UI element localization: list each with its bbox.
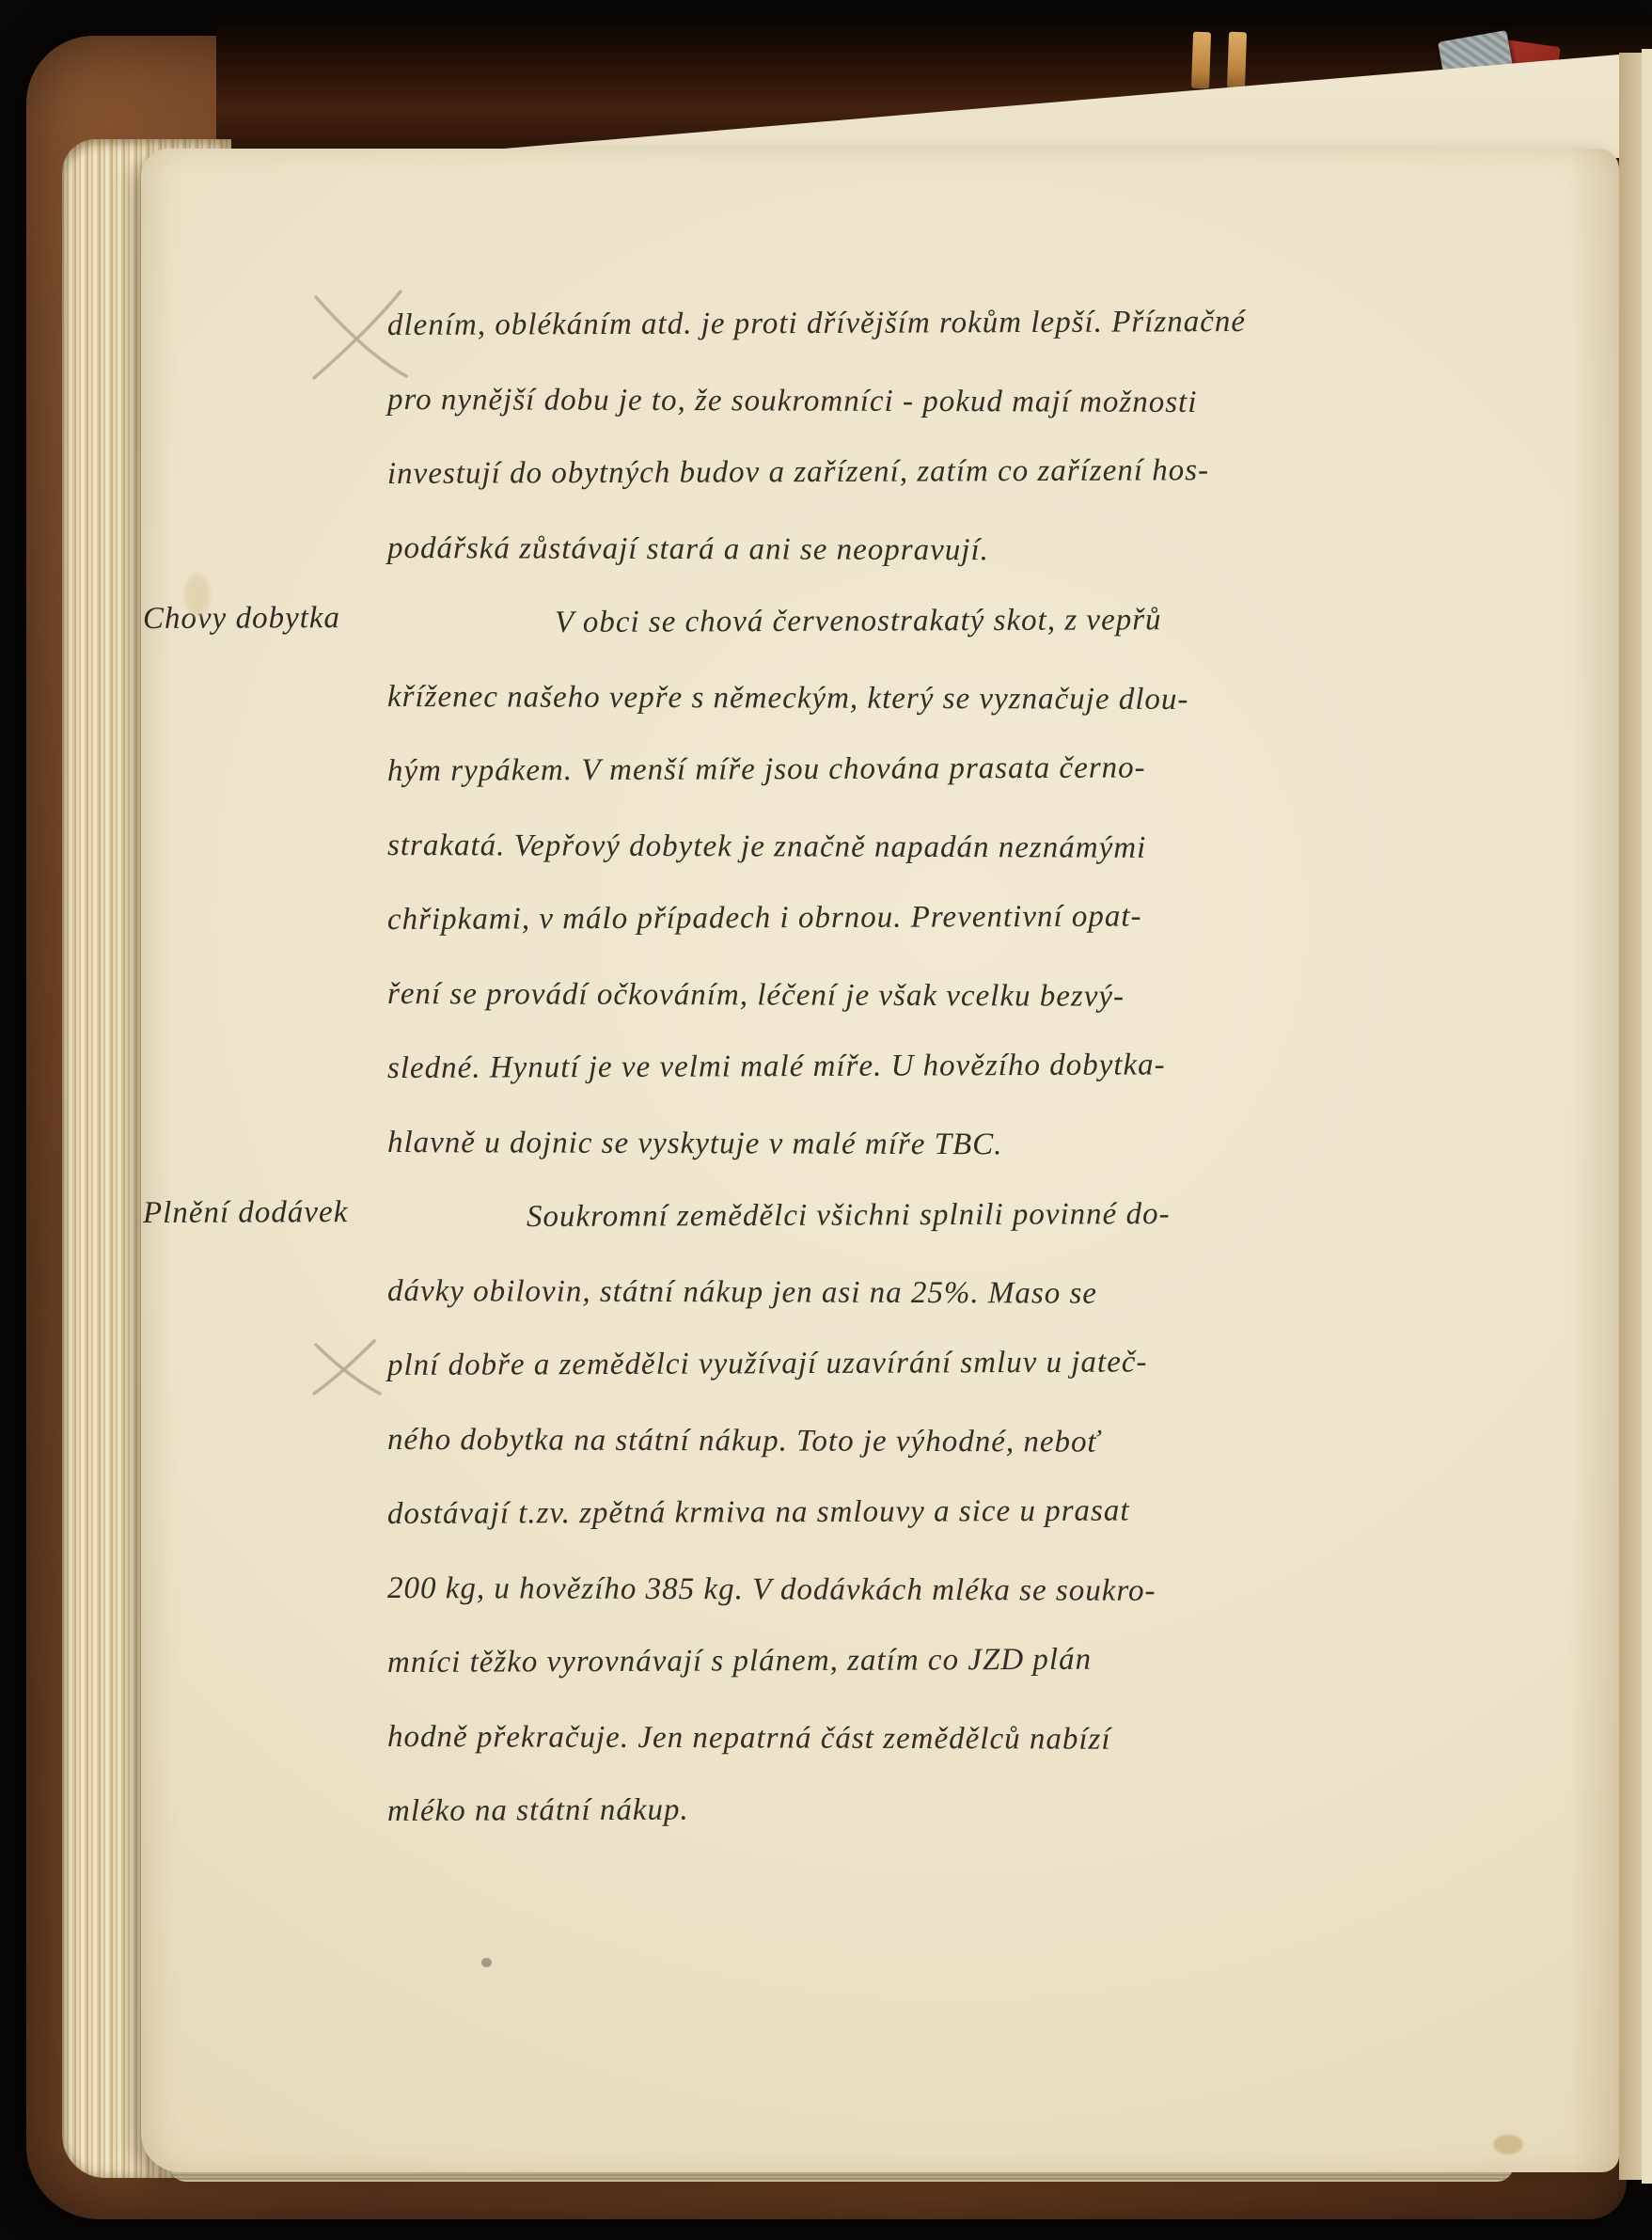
handwritten-line: hým rypákem. V menší míře jsou chována p… bbox=[387, 750, 1146, 799]
handwritten-line: Soukromní zemědělci všichni splnili povi… bbox=[527, 1197, 1171, 1245]
binding-strap-icon bbox=[1191, 32, 1211, 89]
handwritten-line: 200 kg, u hovězího 385 kg. V dodávkách m… bbox=[387, 1571, 1156, 1619]
handwritten-line: strakatá. Vepřový dobytek je značně napa… bbox=[387, 828, 1146, 876]
paper-stain bbox=[184, 574, 211, 617]
binding-strap-icon bbox=[1227, 32, 1247, 89]
pencil-x-mark-icon bbox=[310, 1335, 385, 1401]
adjacent-page-strip bbox=[1642, 49, 1652, 2184]
handwritten-line: mléko na státní nákup. bbox=[387, 1793, 689, 1839]
handwritten-line: hodně překračuje. Jen nepatrná část země… bbox=[387, 1720, 1111, 1768]
handwritten-line: mníci těžko vyrovnávají s plánem, zatím … bbox=[387, 1643, 1092, 1691]
handwritten-line: chřipkami, v málo případech i obrnou. Pr… bbox=[387, 899, 1142, 948]
handwritten-line: dostávají t.zv. zpětná krmiva na smlouvy… bbox=[387, 1494, 1130, 1542]
paper-stain bbox=[1493, 2135, 1523, 2154]
margin-note-chovy-dobytka: Chovy dobytka bbox=[143, 601, 340, 647]
handwritten-line: pro nynější dobu je to, že soukromníci -… bbox=[387, 383, 1198, 431]
handwritten-line: dlením, oblékáním atd. je proti dřívější… bbox=[387, 305, 1246, 354]
margin-note-plneni-dodavek: Plnění dodávek bbox=[143, 1195, 349, 1241]
gutter-shadow-strip bbox=[1619, 53, 1642, 2180]
handwritten-line: investují do obytných budov a zařízení, … bbox=[387, 453, 1209, 502]
handwritten-line: plní dobře a zemědělci využívají uzavírá… bbox=[387, 1345, 1148, 1394]
ink-speck bbox=[481, 1958, 492, 1967]
handwritten-line: sledné. Hynutí je ve velmi malé míře. U … bbox=[387, 1048, 1166, 1096]
handwritten-line: ného dobytka na státní nákup. Toto je vý… bbox=[387, 1423, 1100, 1471]
handwritten-line: V obci se chová červenostrakatý skot, z … bbox=[555, 603, 1162, 651]
handwritten-line: dávky obilovin, státní nákup jen asi na … bbox=[387, 1274, 1097, 1322]
handwritten-line: ření se provádí očkováním, léčení je vša… bbox=[387, 977, 1125, 1025]
handwritten-line: podářská zůstávají stará a ani se neopra… bbox=[387, 531, 989, 578]
handwritten-line: kříženec našeho vepře s německým, který … bbox=[387, 680, 1189, 728]
chronicle-book-photo: Chovy dobytka Plnění dodávek dlením, obl… bbox=[0, 0, 1652, 2240]
handwritten-line: hlavně u dojnic se vyskytuje v malé míře… bbox=[387, 1126, 1003, 1173]
